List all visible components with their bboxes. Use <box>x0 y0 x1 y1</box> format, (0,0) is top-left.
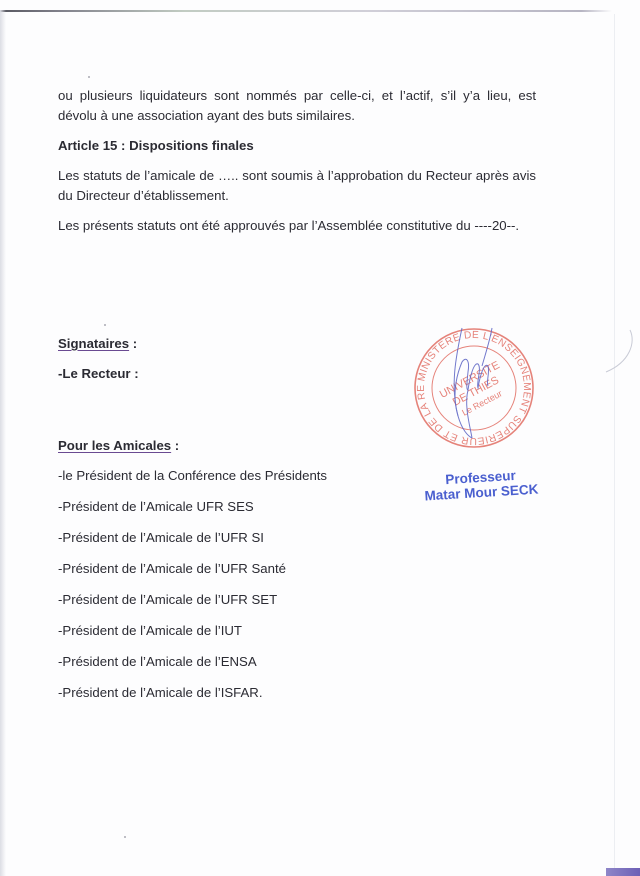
scan-edge-left <box>0 10 6 876</box>
scan-edge-top <box>0 10 612 12</box>
article-15-paragraph-1: Les statuts de l’amicale de ….. sont sou… <box>58 166 536 206</box>
continuation-paragraph: ou plusieurs liquidateurs sont nommés pa… <box>58 86 536 126</box>
amicale-item: -Président de l’Amicale de l’UFR Santé <box>58 559 536 579</box>
handwritten-signature <box>412 326 536 450</box>
article-15-heading: Article 15 : Dispositions finales <box>58 136 536 156</box>
signataires-colon: : <box>129 336 137 351</box>
amicale-item: -Président de l’Amicale de l’UFR SET <box>58 590 536 610</box>
amicale-item: -Président de l’Amicale de l’ENSA <box>58 652 536 672</box>
scan-corner-artifact <box>606 868 640 876</box>
scan-edge-right <box>614 14 615 874</box>
amicale-item: -Président de l’Amicale de l’IUT <box>58 621 536 641</box>
amicale-item: -Président de l’Amicale de l’UFR SI <box>58 528 536 548</box>
scan-speck <box>88 76 90 78</box>
margin-pencil-mark <box>600 328 640 378</box>
amicales-label: Pour les Amicales <box>58 438 171 453</box>
scan-speck <box>124 836 126 838</box>
amicales-colon: : <box>171 438 179 453</box>
signataires-label: Signataires <box>58 336 129 351</box>
amicale-item: -Président de l’Amicale de l’ISFAR. <box>58 683 536 703</box>
article-15-paragraph-2: Les présents statuts ont été approuvés p… <box>58 216 536 236</box>
amicales-list: -le Président de la Conférence des Prési… <box>58 466 536 703</box>
